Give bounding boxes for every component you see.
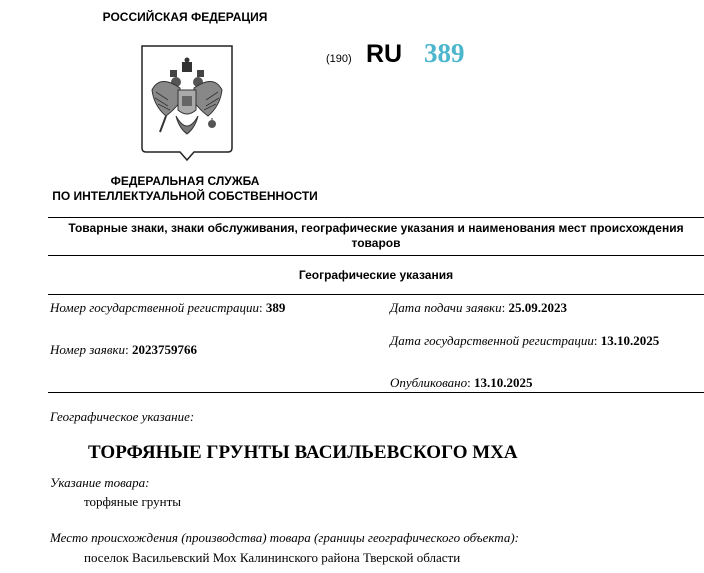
field-registration-number: Номер государственной регистрации: 389 <box>50 300 285 316</box>
divider <box>48 294 704 295</box>
geographical-indication-label: Географическое указание: <box>50 409 194 425</box>
field-label: Опубликовано <box>390 375 467 390</box>
agency-name: ФЕДЕРАЛЬНАЯ СЛУЖБА ПО ИНТЕЛЛЕКТУАЛЬНОЙ С… <box>0 174 370 204</box>
origin-value: поселок Васильевский Мох Калининского ра… <box>84 550 460 566</box>
field-value: 13.10.2025 <box>601 333 660 348</box>
document-category: Товарные знаки, знаки обслуживания, геог… <box>48 221 704 251</box>
field-label: Дата государственной регистрации <box>390 333 594 348</box>
divider <box>48 217 704 218</box>
field-application-number: Номер заявки: 2023759766 <box>50 342 197 358</box>
divider <box>48 392 704 393</box>
goods-label: Указание товара: <box>50 475 150 491</box>
field-value: 13.10.2025 <box>474 375 533 390</box>
field-value: 389 <box>266 300 286 315</box>
geographical-indication-name: ТОРФЯНЫЕ ГРУНТЫ ВАСИЛЬЕВСКОГО МХА <box>88 442 518 464</box>
field-registration-date: Дата государственной регистрации: 13.10.… <box>390 333 659 349</box>
document-subcategory: Географические указания <box>48 268 704 282</box>
registration-number-heading: 389 <box>424 38 465 69</box>
origin-label: Место происхождения (производства) товар… <box>50 530 519 546</box>
agency-name-line1: ФЕДЕРАЛЬНАЯ СЛУЖБА <box>0 174 370 189</box>
divider <box>48 255 704 256</box>
inid-code: (190) <box>326 53 352 65</box>
field-label: Номер заявки <box>50 342 125 357</box>
country-title: РОССИЙСКАЯ ФЕДЕРАЦИЯ <box>0 10 370 24</box>
field-label: Дата подачи заявки <box>390 300 502 315</box>
goods-value: торфяные грунты <box>84 494 181 510</box>
field-label: Номер государственной регистрации <box>50 300 259 315</box>
field-filing-date: Дата подачи заявки: 25.09.2023 <box>390 300 567 316</box>
field-value: 2023759766 <box>132 342 197 357</box>
russian-coat-of-arms-icon <box>140 44 234 162</box>
field-published-date: Опубликовано: 13.10.2025 <box>390 375 533 391</box>
field-value: 25.09.2023 <box>508 300 567 315</box>
agency-name-line2: ПО ИНТЕЛЛЕКТУАЛЬНОЙ СОБСТВЕННОСТИ <box>0 189 370 204</box>
country-code: RU <box>366 40 402 69</box>
